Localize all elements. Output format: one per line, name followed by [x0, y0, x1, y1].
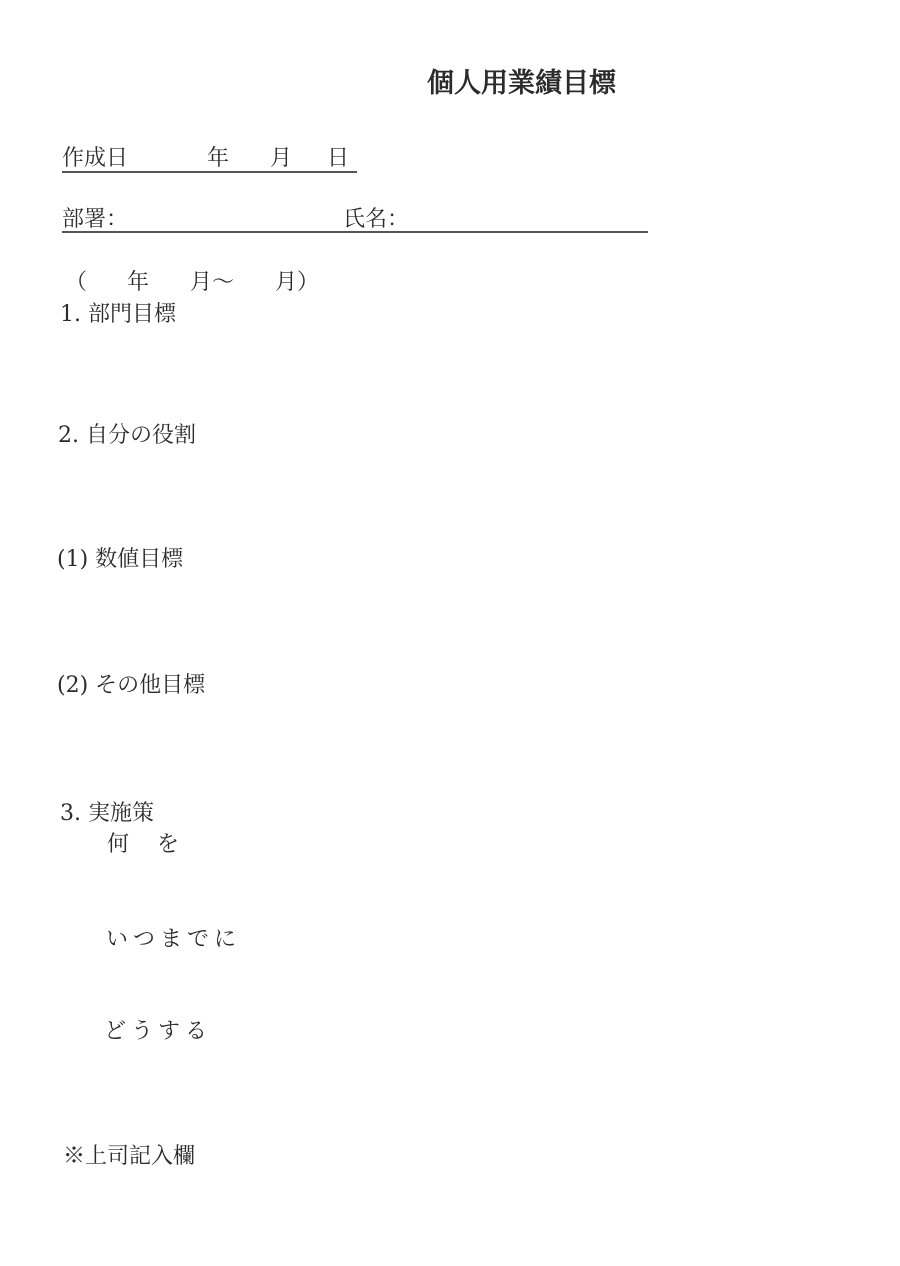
section-department-goal: 1. 部門目標: [60, 302, 176, 328]
name-label: 氏名：: [343, 208, 409, 232]
section-action-plan: 3. 実施策: [60, 801, 154, 827]
day-label: 日: [327, 147, 349, 171]
action-item-by-when: いつまでに: [106, 927, 241, 953]
section-other-goal: (2) その他目標: [57, 673, 205, 699]
action-item-what-object: 何: [107, 832, 129, 858]
action-item-what-particle: を: [157, 832, 179, 858]
created-date-line: 作成日 年 月 日: [62, 145, 357, 173]
page-title: 個人用業績目標: [427, 61, 616, 100]
action-item-how: どうする: [104, 1019, 212, 1045]
document-page: 個人用業績目標 作成日 年 月 日 部署： 氏名： （ 年 月～ 月） 1. 部…: [0, 0, 900, 1266]
created-date-label: 作成日: [62, 147, 128, 171]
year-label: 年: [207, 147, 229, 171]
section-own-role: 2. 自分の役割: [58, 423, 196, 449]
month-label: 月: [270, 147, 292, 171]
period-month-from-label: 月～: [190, 270, 234, 296]
department-label: 部署：: [62, 208, 128, 232]
period-year-label: 年: [127, 270, 149, 296]
section-numeric-goal: (1) 数値目標: [57, 547, 183, 573]
supervisor-entry-note: ※上司記入欄: [63, 1144, 195, 1170]
period-month-to-label: 月）: [275, 270, 319, 296]
period-open-paren: （: [65, 270, 87, 296]
identity-line: 部署： 氏名：: [62, 207, 648, 233]
